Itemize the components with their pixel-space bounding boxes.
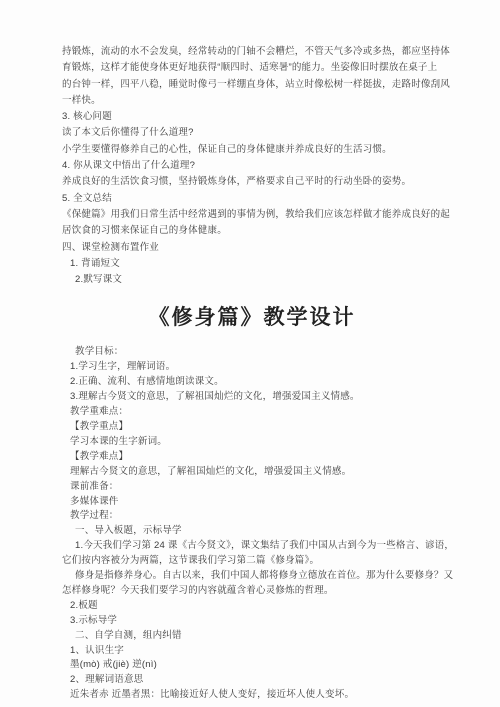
section-heading: 一、导入板题，示标导学 [62,524,442,539]
section-heading: 【教学重点】 [62,420,442,435]
text-line: 1. 背诵短文 [62,256,442,272]
section-heading: 【教学难点】 [62,450,442,465]
text-line: 2.正确、流利、有感情地朗读课文。 [62,375,442,390]
text-line: 近朱者赤 近墨者黑：比喻接近好人使人变好，接近坏人使人变坏。 [62,688,442,703]
text-line: 1.学习生字，理解词语。 [62,360,442,375]
text-line: 3.示标导学 [62,614,442,629]
text-line: 一样快。 [62,93,442,109]
section-heading: 教学过程： [62,509,442,524]
text-line: 的台钟一样，四平八稳，睡觉时像弓一样绷直身体，站立时像松树一样挺拔，走路时像刮风 [62,77,442,93]
pinyin-line: 墨(mò) 戒(jiè) 逆(nì) [62,658,442,673]
text-line: 多媒体课件 [62,495,442,510]
text-line: 3.理解古今贤文的意思，了解祖国灿烂的文化，增强爱国主义情感。 [62,390,442,405]
pre-title-section: 持锻炼，流动的水不会发臭，经常转动的门轴不会糟烂，不管天气多冷或多热，都应坚持体… [62,44,442,288]
post-title-section: 教学目标： 1.学习生字，理解词语。 2.正确、流利、有感情地朗读课文。 3.理… [62,345,442,703]
text-line: 怎样修身呢？今天我们要学习的内容就蕴含着心灵修炼的哲理。 [62,584,442,599]
text-line: 持锻炼，流动的水不会发臭，经常转动的门轴不会糟烂，不管天气多冷或多热，都应坚持体 [62,44,442,60]
section-heading: 4. 你从课文中悟出了什么道理? [62,158,442,174]
text-line: 它们按内容被分为两篇，这节课我们学习第二篇《修身篇》。 [62,554,442,569]
text-line: 学习本课的生字新词。 [62,435,442,450]
text-line: 2、理解词语意思 [62,673,442,688]
text-line: 居饮食的习惯来保证自己的身体健康。 [62,223,442,239]
text-line: 2.默写课文 [62,272,442,288]
section-heading: 四、课堂检测布置作业 [62,240,442,256]
text-line: 读了本文后你懂得了什么道理? [62,125,442,141]
section-heading: 5. 全文总结 [62,191,442,207]
text-line: 修身是指修养身心。自古以来，我们中国人都将修身立德放在首位。那为什么要修身？又 [62,569,442,584]
section-heading: 二、自学自测，组内纠错 [62,629,442,644]
section-heading: 课前准备： [62,480,442,495]
text-line: 1、认识生字 [62,644,442,659]
text-line: 《保健篇》用我们日常生活中经常遇到的事情为例，教给我们应该怎样做才能养成良好的起 [62,207,442,223]
section-heading: 3. 核心问题 [62,109,442,125]
section-heading: 教学重难点： [62,405,442,420]
document-page: 持锻炼，流动的水不会发臭，经常转动的门轴不会糟烂，不管天气多冷或多热，都应坚持体… [0,0,500,707]
text-line: 小学生要懂得修养自己的心性，保证自己的身体健康并养成良好的生活习惯。 [62,142,442,158]
text-line: 育锻炼，这样才能使身体更好地获得“顺四时、适寒暑”的能力。坐姿像旧时摆放在桌子上 [62,60,442,76]
text-line: 养成良好的生活饮食习惯，坚持锻炼身体，严格要求自己平时的行动坐卧的姿势。 [62,174,442,190]
text-line: 理解古今贤文的意思，了解祖国灿烂的文化，增强爱国主义情感。 [62,465,442,480]
document-title: 《修身篇》教学设计 [62,304,442,332]
text-line: 1.今天我们学习第 24 课《古今贤文》，课文集结了我们中国从古到今为一些格言、… [62,539,442,554]
section-heading: 教学目标： [62,345,442,360]
text-line: 2.板题 [62,599,442,614]
